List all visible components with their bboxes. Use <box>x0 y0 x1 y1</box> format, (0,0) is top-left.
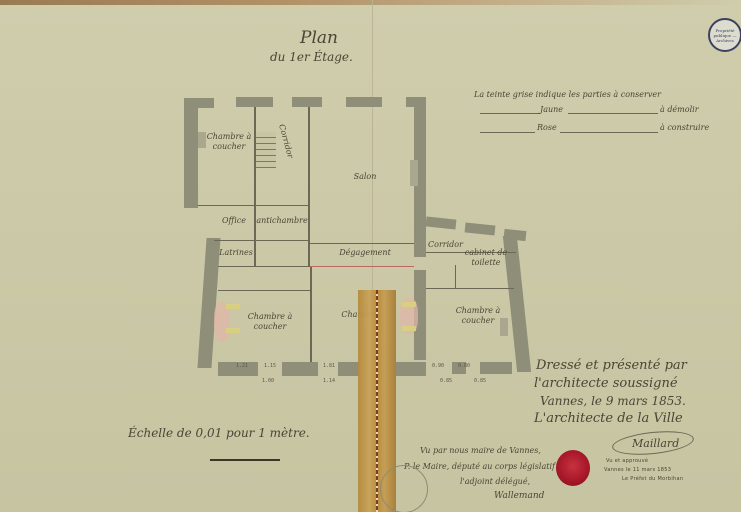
wall <box>282 362 318 376</box>
plan-subtitle: du 1er Étage. <box>270 50 353 64</box>
room-label: Dégagement <box>330 248 400 258</box>
wax-seal <box>556 450 590 486</box>
faded-stamp <box>380 465 428 512</box>
room-label: Chambre à coucher <box>204 132 254 152</box>
wall <box>236 97 273 107</box>
partition <box>254 107 256 267</box>
wall <box>480 362 512 374</box>
partition <box>198 205 310 206</box>
new-partition <box>310 266 414 267</box>
signature-line: L'architecte de la Ville <box>534 411 683 426</box>
dimension: 1.15 <box>264 363 276 369</box>
dimension: 0.80 <box>458 363 470 369</box>
approval-line: P. le Maire, député au corps législatif <box>404 462 555 471</box>
approval-line: Vu par nous maire de Vannes, <box>420 446 541 455</box>
archive-stamp-text: Propriété publique — Archives <box>710 28 740 43</box>
legend-line-grey: La teinte grise indique les parties à co… <box>474 90 661 99</box>
scale-bar <box>210 459 280 461</box>
partition <box>426 288 514 289</box>
wall <box>346 97 382 107</box>
signature-line: l'architecte soussigné <box>534 376 678 391</box>
dimension: 0.90 <box>432 363 444 369</box>
printed-stamp-line: Vu et approuvé <box>606 458 648 464</box>
legend-rule <box>480 113 540 114</box>
dimension: 0.85 <box>440 378 452 384</box>
approval-line: l'adjoint délégué, <box>460 477 530 486</box>
scale-note: Échelle de 0,01 pour 1 mètre. <box>128 426 310 440</box>
room-label: antichambre <box>256 216 308 226</box>
wall <box>396 362 426 376</box>
wall <box>184 98 198 208</box>
signature-line: Dressé et présenté par <box>536 358 687 373</box>
legend-label-yellow: Jaune <box>540 105 563 114</box>
partition <box>310 243 414 244</box>
printed-stamp-line: Le Préfet du Morbihan <box>622 476 683 482</box>
archive-stamp: Propriété publique — Archives <box>708 18 741 52</box>
legend-rule <box>480 132 535 133</box>
dimension: 1.81 <box>323 363 335 369</box>
dimension: 0.85 <box>474 378 486 384</box>
paper-top-edge <box>0 0 741 5</box>
partition <box>218 290 310 291</box>
wall <box>292 97 322 107</box>
room-label: Salon <box>340 172 390 182</box>
demolition-yellow <box>226 304 240 309</box>
partition <box>455 265 456 289</box>
room-label: Corridor <box>428 240 454 250</box>
legend-value-pink: à construire <box>660 123 709 132</box>
dimension: 1.14 <box>323 378 335 384</box>
dimension: 1.00 <box>262 378 274 384</box>
dimension: 1.21 <box>236 363 248 369</box>
tape-stitching <box>376 290 378 512</box>
approval-signature: Wallemand <box>494 491 544 501</box>
room-label: Chambre à coucher <box>448 306 508 326</box>
demolition-yellow <box>226 328 240 333</box>
room-label: Office <box>214 216 254 226</box>
legend-rule <box>560 132 658 133</box>
room-label: Latrines <box>216 248 256 258</box>
signature-line: Vannes, le 9 mars 1853. <box>540 394 686 408</box>
wall <box>338 362 360 376</box>
demolition-yellow <box>402 302 416 307</box>
staircase <box>256 132 276 168</box>
legend-value-yellow: à démolir <box>660 105 699 114</box>
printed-stamp-line: Vannes le 11 mars 1853 <box>604 467 671 473</box>
partition <box>310 266 312 362</box>
demolition-yellow <box>402 326 416 331</box>
legend-rule <box>568 113 658 114</box>
room-label: cabinet de toilette <box>456 248 516 268</box>
partition <box>214 240 310 241</box>
plan-title: Plan <box>300 28 338 48</box>
legend-label-pink: Rose <box>537 123 557 132</box>
window <box>410 160 418 186</box>
room-label: Chambre à coucher <box>240 312 300 332</box>
